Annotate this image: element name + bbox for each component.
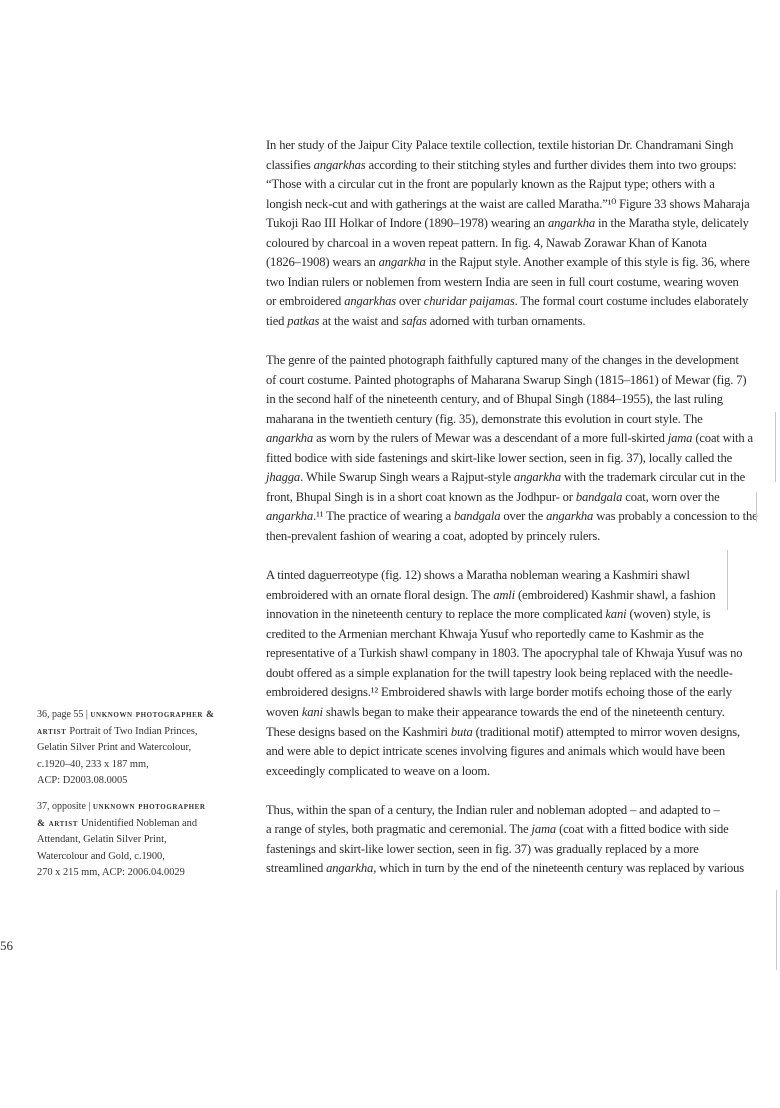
italic-term: patkas [287,314,319,328]
text-line: angarkha.¹¹ The practice of wearing a ba… [266,507,780,527]
text-line: in the second half of the nineteenth cen… [266,390,780,410]
body-text: In her study of the Jaipur City Palace t… [266,136,780,899]
text-line: Tukoji Rao III Holkar of Indore (1890–19… [266,214,780,234]
italic-term: kani [605,607,626,621]
text-line: maharana in the twentieth century (fig. … [266,410,780,430]
paragraph: Thus, within the span of a century, the … [266,801,780,879]
figure-number: 37, opposite | [37,801,93,812]
text-line: classifies angarkhas according to their … [266,156,780,176]
text-line: embroidered designs.¹² Embroidered shawl… [266,683,780,703]
caption-line: Attendant, Gelatin Silver Print, [37,832,262,849]
italic-term: jama [531,822,556,836]
caption-line: artist Portrait of Two Indian Princes, [37,724,262,741]
text-line: tied patkas at the waist and safas adorn… [266,312,780,332]
credit: artist [37,726,69,737]
text-line: A tinted daguerreotype (fig. 12) shows a… [266,566,780,586]
caption-line: Gelatin Silver Print and Watercolour, [37,740,262,757]
italic-term: angarkha [546,509,593,523]
italic-term: kani [302,705,323,719]
paragraph: A tinted daguerreotype (fig. 12) shows a… [266,566,780,781]
text-line: representative of a Turkish shawl compan… [266,644,780,664]
caption-line: Watercolour and Gold, c.1900, [37,849,262,866]
credit: unknown photographer & [90,709,214,720]
caption-fig-37: 37, opposite | unknown photographer& art… [37,799,262,882]
italic-term: buta [451,725,473,739]
italic-term: angarkha [266,509,313,523]
italic-term: bandgala [454,509,500,523]
italic-term: angarkhas [344,294,396,308]
italic-term: angarkha [514,470,561,484]
text-line: then-prevalent fashion of wearing a coat… [266,527,780,547]
text-line: angarkha as worn by the rulers of Mewar … [266,429,780,449]
figure-captions: 36, page 55 | unknown photographer &arti… [37,707,262,891]
caption-line: ACP: D2003.08.0005 [37,773,262,790]
caption-line: & artist Unidentified Nobleman and [37,816,262,833]
text-line: coloured by charcoal in a woven repeat p… [266,234,780,254]
italic-term: angarkha [326,861,373,875]
gutter-shadow-line [727,550,728,610]
italic-term: jama [668,431,693,445]
text-line: fastenings and skirt-like lower section,… [266,840,780,860]
text-line: and were able to depict intricate scenes… [266,742,780,762]
text-line: two Indian rulers or noblemen from weste… [266,273,780,293]
caption-line: 37, opposite | unknown photographer [37,799,262,816]
credit: unknown photographer [93,801,206,812]
italic-term: safas [402,314,427,328]
text-line: doubt offered as a simple explanation fo… [266,664,780,684]
page-number: 56 [0,938,13,954]
text-line: front, Bhupal Singh is in a short coat k… [266,488,780,508]
text-line: jhagga. While Swarup Singh wears a Rajpu… [266,468,780,488]
text-line: “Those with a circular cut in the front … [266,175,780,195]
text-line: In her study of the Jaipur City Palace t… [266,136,780,156]
caption-line: c.1920–40, 233 x 187 mm, [37,757,262,774]
italic-term: amli [493,588,515,602]
gutter-shadow-line [756,492,757,522]
italic-term: angarkha [548,216,595,230]
italic-term: angarkha [379,255,426,269]
italic-term: jhagga [266,470,300,484]
italic-term: angarkhas [314,158,366,172]
italic-term: churidar paijamas [424,294,515,308]
italic-term: bandgala [576,490,622,504]
text-line: exceedingly complicated to weave on a lo… [266,762,780,782]
caption-line: 36, page 55 | unknown photographer & [37,707,262,724]
paragraph: The genre of the painted photograph fait… [266,351,780,546]
text-line: The genre of the painted photograph fait… [266,351,780,371]
text-line: or embroidered angarkhas over churidar p… [266,292,780,312]
text-line: longish neck-cut and with gatherings at … [266,195,780,215]
gutter-shadow-line [775,412,776,482]
text-line: innovation in the nineteenth century to … [266,605,780,625]
text-line: embroidered with an ornate floral design… [266,586,780,606]
text-line: credited to the Armenian merchant Khwaja… [266,625,780,645]
paragraph: In her study of the Jaipur City Palace t… [266,136,780,331]
caption-fig-36: 36, page 55 | unknown photographer &arti… [37,707,262,790]
text-line: woven kani shawls began to make their ap… [266,703,780,723]
text-line: (1826–1908) wears an angarkha in the Raj… [266,253,780,273]
caption-line: 270 x 215 mm, ACP: 2006.04.0029 [37,865,262,882]
credit: & artist [37,818,81,829]
text-line: fitted bodice with side fastenings and s… [266,449,780,469]
gutter-shadow-line [776,890,777,970]
text-line: streamlined angarkha, which in turn by t… [266,859,780,879]
text-line: a range of styles, both pragmatic and ce… [266,820,780,840]
text-line: Thus, within the span of a century, the … [266,801,780,821]
italic-term: angarkha [266,431,313,445]
text-line: of court costume. Painted photographs of… [266,371,780,391]
text-line: These designs based on the Kashmiri buta… [266,723,780,743]
figure-number: 36, page 55 | [37,709,90,720]
